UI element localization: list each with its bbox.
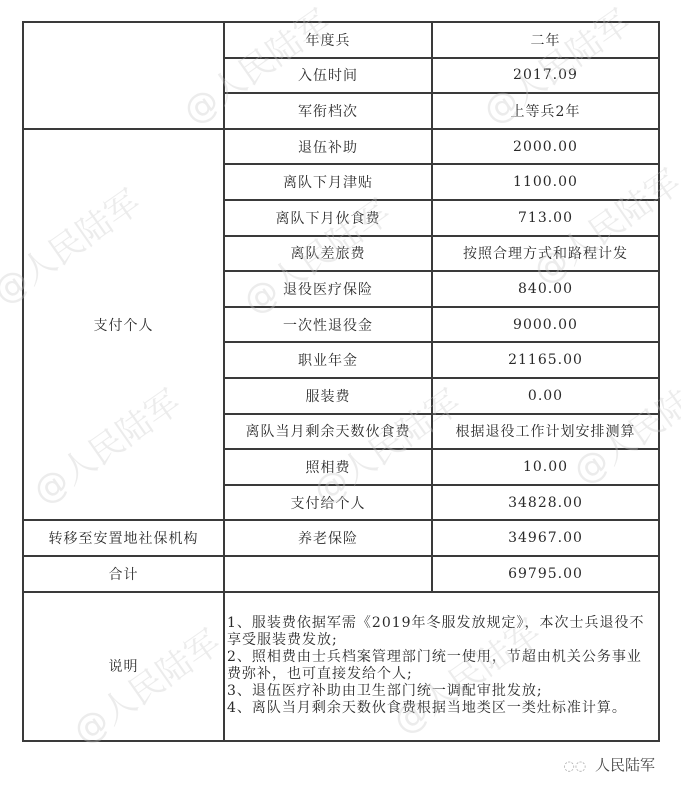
row-value: 二年 [432,22,659,58]
row-label: 支付给个人 [224,485,432,521]
category-cell-total: 合计 [23,556,224,592]
category-cell-transfer: 转移至安置地社保机构 [23,520,224,556]
row-label: 养老保险 [224,520,432,556]
row-value: 10.00 [432,449,659,485]
row-label: 照相费 [224,449,432,485]
row-value: 上等兵2年 [432,93,659,129]
row-value: 根据退役工作计划安排测算 [432,414,659,450]
row-value: 0.00 [432,378,659,414]
row-value: 1100.00 [432,164,659,200]
row-value: 34967.00 [432,520,659,556]
row-value: 9000.00 [432,307,659,343]
category-cell-notes: 说明 [23,592,224,741]
row-value: 34828.00 [432,485,659,521]
table-row-transfer: 转移至安置地社保机构 养老保险 34967.00 [23,520,659,556]
row-label: 军衔档次 [224,93,432,129]
category-cell-pay-individual: 支付个人 [23,129,224,521]
row-label: 一次性退役金 [224,307,432,343]
row-label: 职业年金 [224,342,432,378]
wechat-bubble-icon: ◌◌ [564,759,587,774]
row-label: 离队下月津贴 [224,164,432,200]
row-label: 服装费 [224,378,432,414]
row-value: 按照合理方式和路程计发 [432,236,659,272]
empty-header-cell [23,22,224,129]
row-value: 713.00 [432,200,659,236]
row-value: 21165.00 [432,342,659,378]
note-line: 2、照相费由士兵档案管理部门统一使用，节超由机关公务事业费弥补，也可直接发给个人… [227,649,656,683]
row-value: 2017.09 [432,58,659,94]
table-row-total: 合计 69795.00 [23,556,659,592]
row-label: 年度兵 [224,22,432,58]
row-label: 离队当月剩余天数伙食费 [224,414,432,450]
row-value: 2000.00 [432,129,659,165]
row-value: 840.00 [432,271,659,307]
row-label: 离队差旅费 [224,236,432,272]
note-line: 4、离队当月剩余天数伙食费根据当地类区一类灶标准计算。 [227,700,656,717]
row-label: 退役医疗保险 [224,271,432,307]
source-logo: ◌◌ 人民陆军 [564,754,655,775]
table-row: 支付个人 退伍补助 2000.00 [23,129,659,165]
total-value: 69795.00 [432,556,659,592]
row-label [224,556,432,592]
retirement-benefit-table: 年度兵 二年 入伍时间 2017.09 军衔档次 上等兵2年 支付个人 退伍补助… [22,21,660,742]
row-label: 入伍时间 [224,58,432,94]
note-line: 1、服装费依据军需《2019年冬服发放规定》，本次士兵退役不享受服装费发放; [227,615,656,649]
table-row-notes: 说明 1、服装费依据军需《2019年冬服发放规定》，本次士兵退役不享受服装费发放… [23,592,659,741]
logo-text: 人民陆军 [595,756,655,774]
table-row: 年度兵 二年 [23,22,659,58]
notes-text: 1、服装费依据军需《2019年冬服发放规定》，本次士兵退役不享受服装费发放; 2… [224,592,659,741]
row-label: 退伍补助 [224,129,432,165]
note-line: 3、退伍医疗补助由卫生部门统一调配审批发放; [227,683,656,700]
row-label: 离队下月伙食费 [224,200,432,236]
